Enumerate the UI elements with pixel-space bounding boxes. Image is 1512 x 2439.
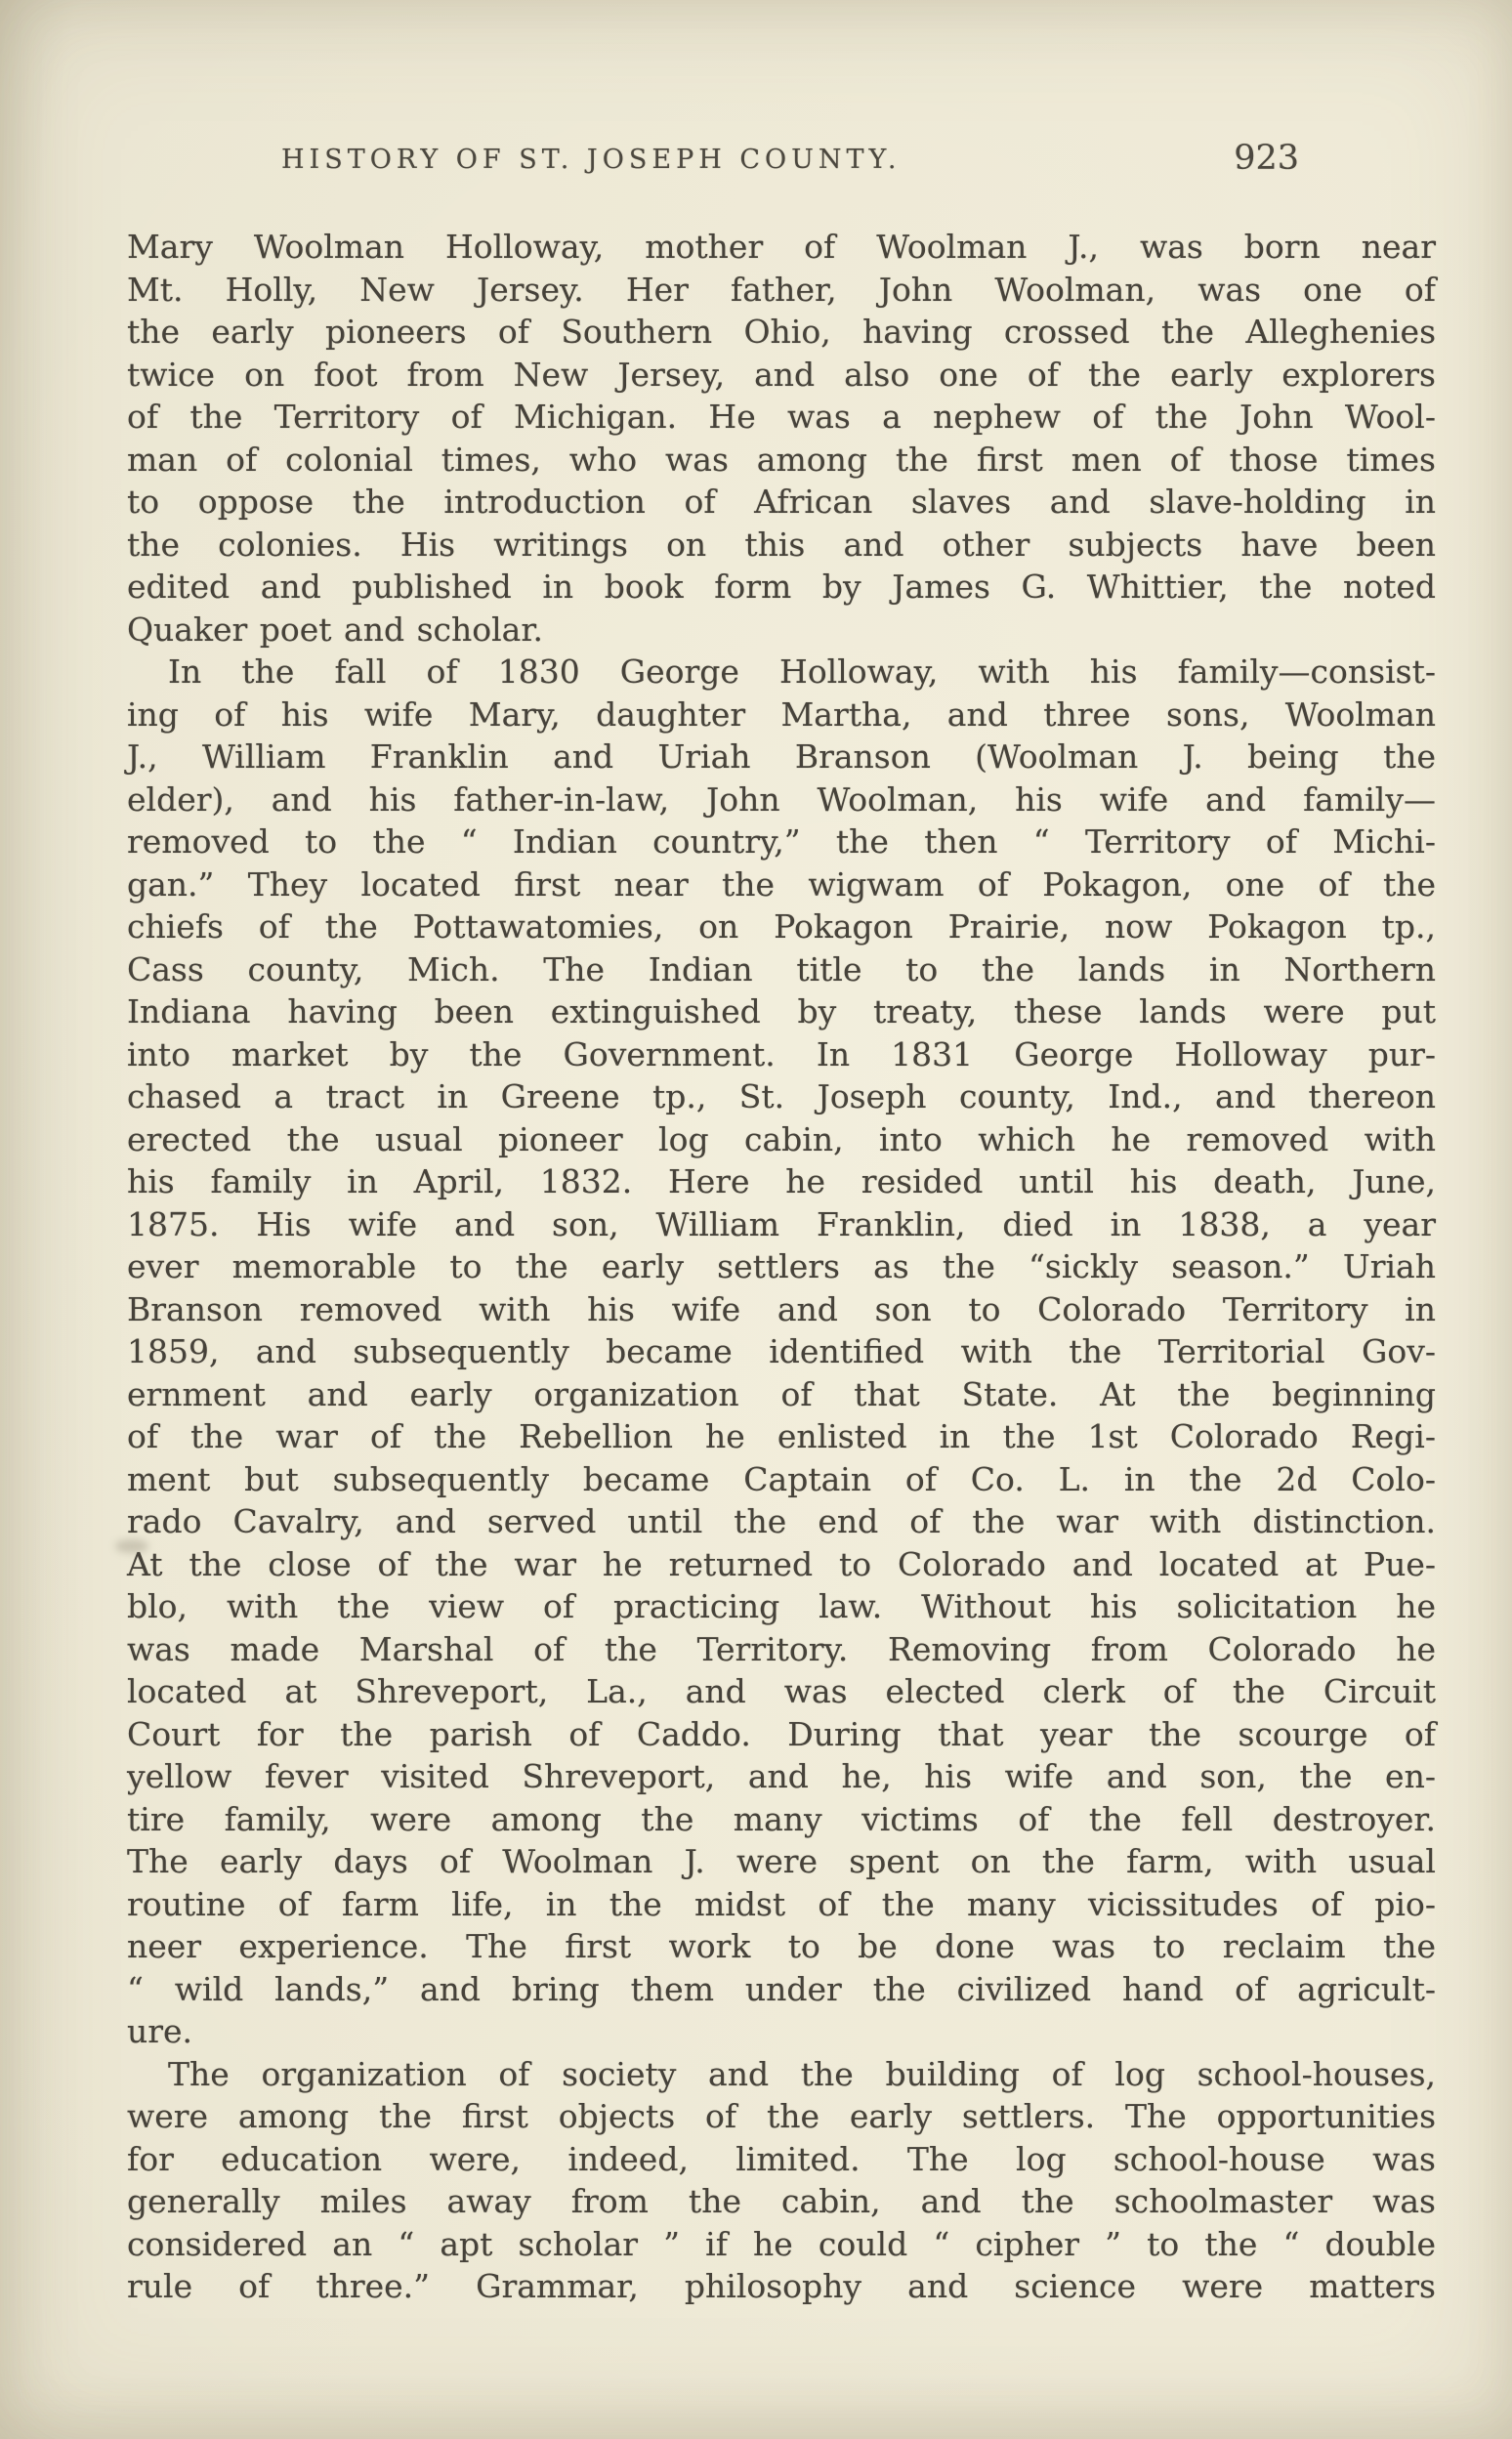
text-line: At the close of the war he returned to C…: [127, 1543, 1436, 1586]
text-line: of the Territory of Michigan. He was a n…: [127, 396, 1436, 439]
text-line: ernment and early organization of that S…: [127, 1373, 1436, 1416]
text-line: ing of his wife Mary, daughter Martha, a…: [127, 694, 1436, 736]
text-line: to oppose the introduction of African sl…: [127, 481, 1436, 524]
text-line: considered an “ apt scholar ” if he coul…: [127, 2223, 1436, 2266]
text-line: for education were, indeed, limited. The…: [127, 2138, 1436, 2181]
text-line: tire family, were among the many victims…: [127, 1798, 1436, 1841]
text-line: The early days of Woolman J. were spent …: [127, 1840, 1436, 1883]
text-line: removed to the “ Indian country,” the th…: [127, 820, 1436, 863]
text-line: Mary Woolman Holloway, mother of Woolman…: [127, 226, 1436, 269]
scan-smudge-artifact: [115, 1539, 148, 1553]
text-line: Mt. Holly, New Jersey. Her father, John …: [127, 269, 1436, 312]
page-number: 923: [1234, 139, 1299, 178]
text-line: was made Marshal of the Territory. Remov…: [127, 1628, 1436, 1671]
text-line: In the fall of 1830 George Holloway, wit…: [127, 651, 1436, 694]
text-line: The organization of society and the buil…: [127, 2053, 1436, 2096]
text-line: erected the usual pioneer log cabin, int…: [127, 1118, 1436, 1161]
text-line: man of colonial times, who was among the…: [127, 439, 1436, 482]
text-line: the early pioneers of Southern Ohio, hav…: [127, 311, 1436, 354]
text-line: his family in April, 1832. Here he resid…: [127, 1160, 1436, 1203]
text-line: chiefs of the Pottawatomies, on Pokagon …: [127, 905, 1436, 948]
text-line: “ wild lands,” and bring them under the …: [127, 1968, 1436, 2011]
text-line: Indiana having been extinguished by trea…: [127, 990, 1436, 1033]
text-line: gan.” They located first near the wigwam…: [127, 863, 1436, 906]
text-line: routine of farm life, in the midst of th…: [127, 1883, 1436, 1926]
text-line: chased a tract in Greene tp., St. Joseph…: [127, 1075, 1436, 1118]
page-header: HISTORY OF ST. JOSEPH COUNTY. 923: [127, 143, 1431, 186]
text-line: blo, with the view of practicing law. Wi…: [127, 1585, 1436, 1628]
text-line: 1875. His wife and son, William Franklin…: [127, 1203, 1436, 1246]
text-line: elder), and his father-in-law, John Wool…: [127, 778, 1436, 821]
text-line: yellow fever visited Shreveport, and he,…: [127, 1755, 1436, 1798]
text-line: into market by the Government. In 1831 G…: [127, 1033, 1436, 1076]
text-line: Cass county, Mich. The Indian title to t…: [127, 948, 1436, 991]
text-line: edited and published in book form by Jam…: [127, 566, 1436, 609]
text-line: ure.: [127, 2010, 1436, 2053]
text-line: the colonies. His writings on this and o…: [127, 524, 1436, 567]
text-line: ever memorable to the early settlers as …: [127, 1245, 1436, 1288]
paragraph: Mary Woolman Holloway, mother of Woolman…: [127, 226, 1436, 651]
text-line: of the war of the Rebellion he enlisted …: [127, 1415, 1436, 1458]
text-line: twice on foot from New Jersey, and also …: [127, 354, 1436, 397]
text-line: Quaker poet and scholar.: [127, 609, 1436, 652]
text-line: rule of three.” Grammar, philosophy and …: [127, 2265, 1436, 2308]
text-block: Mary Woolman Holloway, mother of Woolman…: [127, 226, 1436, 2308]
paragraph: The organization of society and the buil…: [127, 2053, 1436, 2308]
text-line: located at Shreveport, La., and was elec…: [127, 1670, 1436, 1713]
text-line: Court for the parish of Caddo. During th…: [127, 1713, 1436, 1756]
text-line: were among the first objects of the earl…: [127, 2095, 1436, 2138]
running-title: HISTORY OF ST. JOSEPH COUNTY.: [281, 145, 901, 175]
text-line: 1859, and subsequently became identified…: [127, 1330, 1436, 1373]
paragraph: In the fall of 1830 George Holloway, wit…: [127, 651, 1436, 2053]
text-line: rado Cavalry, and served until the end o…: [127, 1500, 1436, 1543]
text-line: generally miles away from the cabin, and…: [127, 2180, 1436, 2223]
text-line: neer experience. The first work to be do…: [127, 1925, 1436, 1968]
text-line: ment but subsequently became Captain of …: [127, 1458, 1436, 1501]
text-line: Branson removed with his wife and son to…: [127, 1288, 1436, 1331]
scanned-book-page: HISTORY OF ST. JOSEPH COUNTY. 923 Mary W…: [0, 0, 1512, 2439]
text-line: J., William Franklin and Uriah Branson (…: [127, 736, 1436, 778]
